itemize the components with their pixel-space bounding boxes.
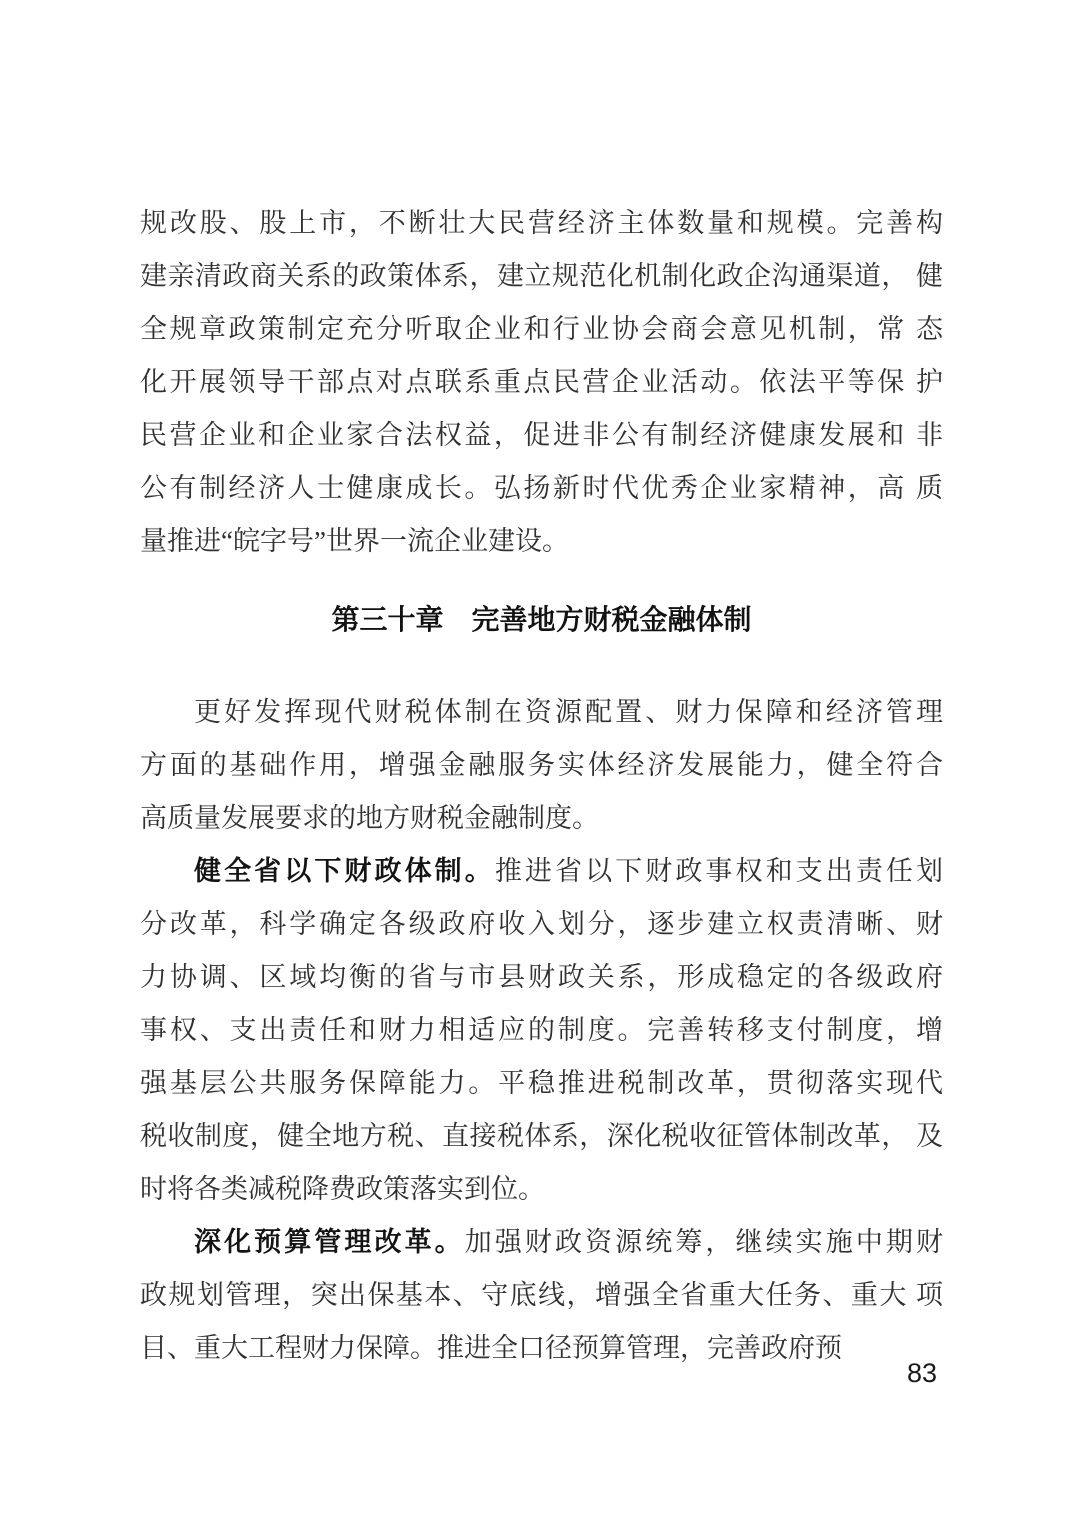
body-line: 健全省以下财政体制。推进省以下财政事权和支出责任划 [140,845,943,898]
body-line: 事权、支出责任和财力相适应的制度。完善转移支付制度，增 [140,1004,943,1057]
body-line: 力协调、区域均衡的省与市县财政关系，形成稳定的各级政府 [140,951,943,1004]
body-line: 规改股、股上市，不断壮大民营经济主体数量和规模。完善构 [140,197,943,250]
body-line: 化开展领导干部点对点联系重点民营企业活动。依法平等保 护 [140,356,943,409]
body-line: 时将各类减税降费政策落实到位。 [140,1163,943,1216]
body-line: 深化预算管理改革。加强财政资源统筹，继续实施中期财 [140,1216,943,1269]
paragraph-budget-reform: 深化预算管理改革。加强财政资源统筹，继续实施中期财 政规划管理，突出保基本、守底… [140,1216,943,1375]
document-page: 规改股、股上市，不断壮大民营经济主体数量和规模。完善构 建亲清政商关系的政策体系… [0,0,1080,1527]
page-text-block: 规改股、股上市，不断壮大民营经济主体数量和规模。完善构 建亲清政商关系的政策体系… [140,197,943,1375]
body-line: 强基层公共服务保障能力。平稳推进税制改革，贯彻落实现代 [140,1057,943,1110]
paragraph-intro: 更好发挥现代财税体制在资源配置、财力保障和经济管理 方面的基础作用，增强金融服务… [140,686,943,845]
body-line: 民营企业和企业家合法权益，促进非公有制经济健康发展和 非 [140,409,943,462]
body-line: 政规划管理，突出保基本、守底线，增强全省重大任务、重大 项 [140,1269,943,1322]
body-line: 高质量发展要求的地方财税金融制度。 [140,792,943,845]
body-line: 量推进“皖字号”世界一流企业建设。 [140,515,943,568]
paragraph-line-text: 推进省以下财政事权和支出责任划 [495,856,943,886]
body-line: 税收制度，健全地方税、直接税体系，深化税收征管体制改革， 及 [140,1110,943,1163]
chapter-heading: 第三十章 完善地方财税金融体制 [140,593,943,646]
page-number: 83 [907,1358,937,1388]
paragraph-lead-bold: 健全省以下财政体制。 [194,856,495,886]
paragraph-lead-bold: 深化预算管理改革。 [194,1227,465,1257]
paragraph-fiscal-system: 健全省以下财政体制。推进省以下财政事权和支出责任划 分改革，科学确定各级政府收入… [140,845,943,1216]
body-line: 目、重大工程财力保障。推进全口径预算管理，完善政府预 [140,1322,943,1375]
body-line: 分改革，科学确定各级政府收入划分，逐步建立权责清晰、财 [140,898,943,951]
body-line: 更好发挥现代财税体制在资源配置、财力保障和经济管理 [140,686,943,739]
paragraph-continuation: 规改股、股上市，不断壮大民营经济主体数量和规模。完善构 建亲清政商关系的政策体系… [140,197,943,568]
paragraph-line-text: 加强财政资源统筹，继续实施中期财 [465,1227,943,1257]
body-line: 全规章政策制定充分听取企业和行业协会商会意见机制，常 态 [140,303,943,356]
body-line: 公有制经济人士健康成长。弘扬新时代优秀企业家精神，高 质 [140,462,943,515]
body-line: 方面的基础作用，增强金融服务实体经济发展能力，健全符合 [140,739,943,792]
body-line: 建亲清政商关系的政策体系，建立规范化机制化政企沟通渠道， 健 [140,250,943,303]
